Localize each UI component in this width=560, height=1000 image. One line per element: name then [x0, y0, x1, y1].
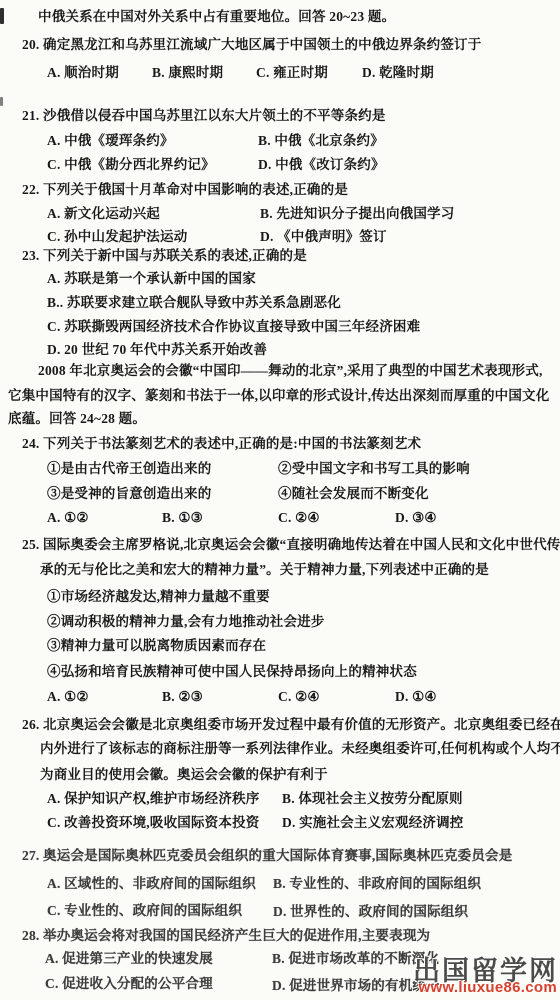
question-stem: 24. 下列关于书法篆刻艺术的表述中,正确的是:中国的书法篆刻艺术: [22, 435, 421, 453]
option-b: B. 先进知识分子提出向俄国学习: [260, 205, 454, 223]
option-d: D. 《中俄声明》签订: [260, 228, 387, 246]
statement-3: ③是受神的旨意创造出来的: [47, 485, 211, 503]
option-a: A. 中俄《瑷珲条约》: [47, 132, 174, 150]
answer-d: D. ③④: [395, 509, 437, 527]
statement-2: ②调动积极的精神力量,会有力地推动社会进步: [47, 613, 325, 631]
answer-c: C. ②④: [278, 688, 320, 706]
statement-1: ①是由古代帝王创造出来的: [47, 460, 211, 478]
option-a: A. 促进第三产业的快速发展: [45, 950, 213, 968]
statement-4: ④随社会发展而不断变化: [278, 485, 429, 503]
question-stem: 23. 下列关于新中国与苏联关系的表述,正确的是: [22, 247, 307, 265]
statement-1: ①市场经济越发达,精神力量越不重要: [47, 588, 270, 606]
option-c: C. 中俄《勘分西北界约记》: [47, 156, 215, 174]
option-b: B. 康熙时期: [152, 64, 223, 82]
question-stem-line1: 25. 国际奥委会主席罗格说,北京奥运会会徽“直接明确地传达着在中国人民和文化中…: [22, 536, 560, 554]
statement-3: ③精神力量可以脱离物质因素而存在: [47, 637, 266, 655]
statement-2: ②受中国文字和书写工具的影响: [278, 460, 470, 478]
answer-d: D. ①④: [395, 688, 437, 706]
option-c: C. 促进收入分配的公平合理: [45, 975, 213, 993]
question-stem: 21. 沙俄借以侵吞中国乌苏里江以东大片领土的不平等条约是: [22, 107, 386, 125]
question-stem: 27. 奥运会是国际奥林匹克委员会组织的重大国际体育赛事,国际奥林匹克委员会是: [22, 847, 512, 865]
answer-a: A. ①②: [47, 688, 89, 706]
question-stem-line1: 26. 北京奥运会会徽是北京奥组委市场开发过程中最有价值的无形资产。北京奥组委已…: [22, 716, 560, 734]
option-d: D. 乾隆时期: [362, 64, 434, 82]
option-c: C. 孙中山发起护法运动: [47, 228, 187, 246]
option-a: A. 苏联是第一个承认新中国的国家: [47, 270, 256, 288]
question-stem-line2: 内外进行了该标志的商标注册等一系列法律作业。未经奥组委许可,任何机构或个人均不得: [40, 740, 560, 758]
scan-edge-artifact: [0, 97, 3, 106]
option-b: B. 体现社会主义按劳分配原则: [282, 790, 463, 808]
option-a: A. 保护知识产权,维护市场经济秩序: [47, 790, 259, 808]
option-d: D. 实施社会主义宏观经济调控: [282, 814, 464, 832]
answer-c: C. ②④: [278, 509, 320, 527]
question-stem-line2: 承的无与伦比之美和宏大的精神力量”。关于精神力量,下列表述中正确的是: [40, 561, 489, 579]
intro-line: 底蕴。回答 24~28 题。: [8, 410, 146, 428]
statement-4: ④弘扬和培育民族精神可使中国人民保持昂扬向上的精神状态: [47, 663, 417, 681]
exam-scan-page: 中俄关系在中国对外关系中占有重要地位。回答 20~23 题。 20. 确定黑龙江…: [0, 0, 560, 1000]
option-c: C. 改善投资环境,吸收国际资本投资: [47, 814, 259, 832]
option-c: C. 专业性的、政府间的国际组织: [47, 902, 242, 920]
scan-edge-artifact: [0, 8, 4, 24]
section-intro-20-23: 中俄关系在中国对外关系中占有重要地位。回答 20~23 题。: [38, 8, 395, 26]
option-a: A. 顺治时期: [47, 64, 119, 82]
question-stem: 20. 确定黑龙江和乌苏里江流域广大地区属于中国领土的中俄边界条约签订于: [22, 36, 481, 54]
option-d: D. 中俄《改订条约》: [258, 156, 385, 174]
question-stem-line3: 为商业目的使用会徽。奥运会会徽的保护有利于: [40, 766, 328, 784]
option-b: B. 中俄《北京条约》: [258, 132, 384, 150]
watermark-site-url: www.liuxue86.com: [419, 979, 557, 996]
intro-line: 2008 年北京奥运会的会徽“中国印——舞动的北京”,采用了典型的中国艺术表现形…: [38, 362, 543, 380]
option-b: B. 专业性的、非政府间的国际组织: [273, 875, 481, 893]
answer-a: A. ①②: [47, 509, 89, 527]
answer-b: B. ②③: [162, 688, 203, 706]
option-d: D. 世界性的、政府间的国际组织: [273, 903, 468, 921]
question-stem: 22. 下列关于俄国十月革命对中国影响的表述,正确的是: [22, 181, 348, 199]
answer-b: B. ①③: [162, 509, 203, 527]
option-d: D. 20 世纪 70 年代中苏关系开始改善: [47, 341, 267, 359]
option-a: A. 区域性的、非政府间的国际组织: [47, 875, 256, 893]
option-c: C. 雍正时期: [256, 64, 328, 82]
question-stem: 28. 举办奥运会将对我国的国民经济产生巨大的促进作用,主要表现为: [22, 927, 430, 945]
intro-line: 它集中国特有的汉字、篆刻和书法于一体,以印章的形式设计,传达出深刻而厚重的中国文…: [8, 387, 549, 405]
option-c: C. 苏联撕毁两国经济技术合作协议直接导致中国三年经济困难: [47, 318, 420, 336]
option-a: A. 新文化运动兴起: [47, 205, 160, 223]
option-b: B.. 苏联要求建立联合舰队导致中苏关系急剧恶化: [47, 294, 341, 312]
